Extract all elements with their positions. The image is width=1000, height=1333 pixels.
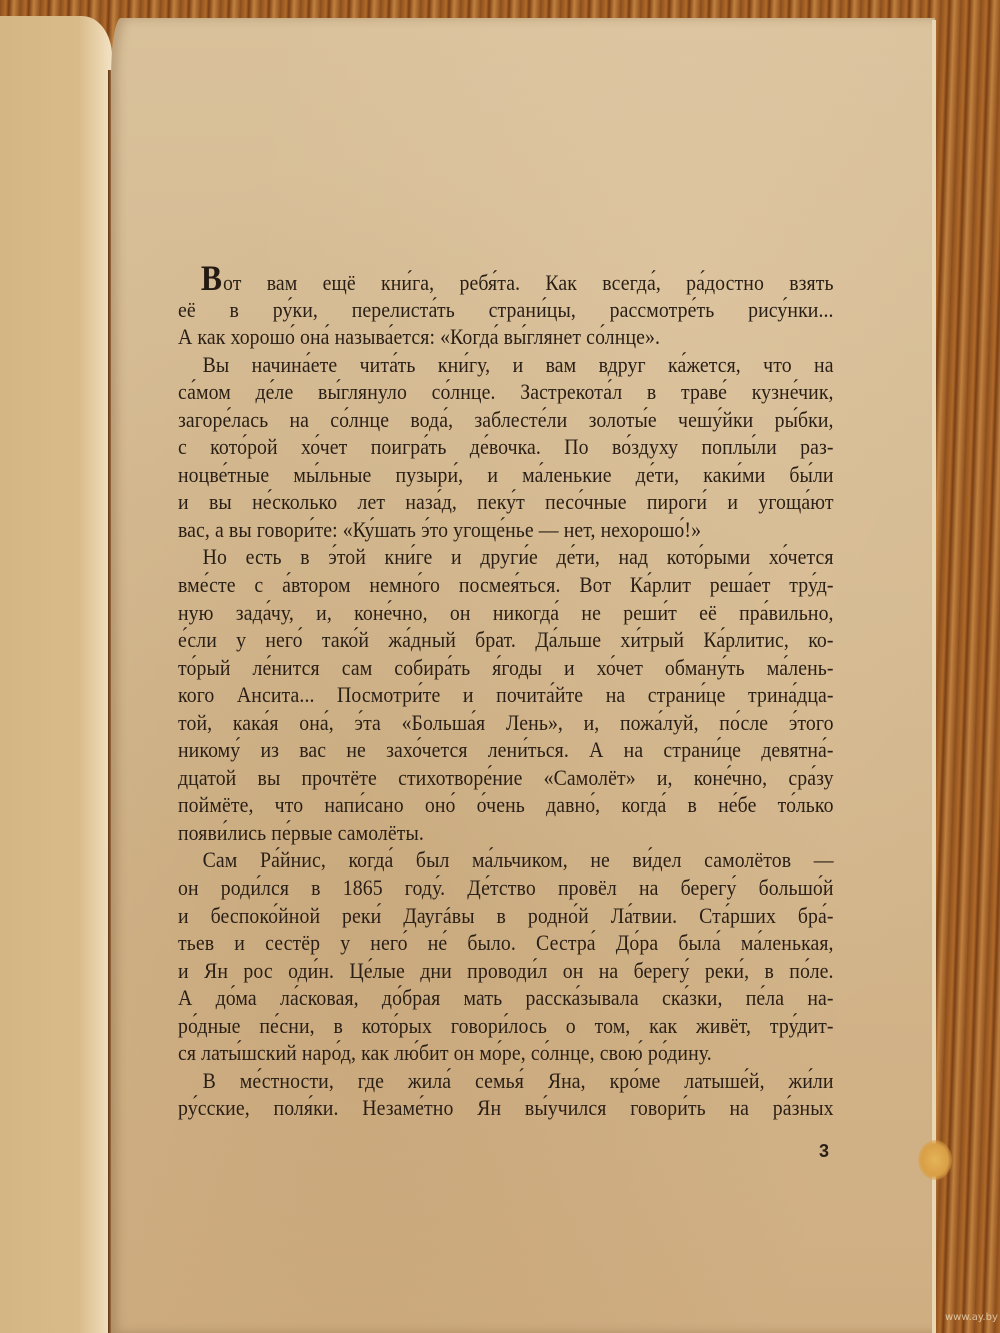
text-line: с кото́рой хо́чет поигра́ть де́вочка. По… — [178, 433, 834, 461]
text-line: В ме́стности, где жила́ семья́ Яна, кро́… — [178, 1067, 834, 1095]
text-line: А как хорошо́ она́ называ́ется: «Когда́ … — [178, 323, 834, 351]
text-line: он роди́лся в 1865 году́. Де́тство провё… — [178, 874, 834, 902]
text-line: ную зада́чу, и, коне́чно, он никогда́ не… — [178, 599, 834, 627]
text-line: Сам Ра́йнис, когда́ был ма́льчиком, не в… — [178, 846, 834, 874]
text-line: ро́дные пе́сни, в кото́рых говори́лось о… — [178, 1012, 834, 1040]
page-edge — [932, 20, 936, 1333]
text-line: её в ру́ки, перелиста́ть страни́цы, расс… — [178, 296, 834, 324]
page-number: 3 — [819, 1141, 829, 1162]
body-text: Вот вам ещё кни́га, ребя́та. Как всегда́… — [178, 268, 834, 1122]
watermark: www.ay.by — [945, 1312, 998, 1323]
text-line: кого Ансита... Посмотри́те и почита́йте … — [178, 681, 834, 709]
text-line: то́рый ле́нится сам собира́ть я́годы и х… — [178, 654, 834, 682]
text-line: загоре́лась на со́лнце вода́, заблесте́л… — [178, 406, 834, 434]
text-line: А до́ма ла́сковая, до́брая мать расска́з… — [178, 984, 834, 1012]
paper-stain — [918, 1140, 952, 1180]
text-line: появи́лись пе́рвые самолёты. — [178, 819, 834, 847]
text-line: Вы начина́ете чита́ть кни́гу, и вам вдру… — [178, 351, 834, 379]
text-line: е́сли у него́ тако́й жа́дный брат. Да́ль… — [178, 626, 834, 654]
left-page — [0, 16, 112, 1333]
text-line: ся латы́шский наро́д, как лю́бит он мо́р… — [178, 1039, 834, 1067]
text-line: са́мом де́ле вы́глянуло со́лнце. Застрек… — [178, 378, 834, 406]
text-line: той, кака́я она́, э́та «Больша́я Лень», … — [178, 709, 834, 737]
text-line: дцатой вы прочтёте стихотворе́ние «Самол… — [178, 764, 834, 792]
text-line: никому́ из вас не захо́чется лени́ться. … — [178, 736, 834, 764]
text-line: вас, а вы говори́те: «Ку́шать э́то угоще… — [178, 516, 834, 544]
text-line: и Ян рос оди́н. Це́лые дни проводи́л он … — [178, 957, 834, 985]
drop-cap: В — [201, 268, 222, 288]
text-line: ноцве́тные мы́льные пузыри́, и ма́леньки… — [178, 461, 834, 489]
text-line: Вот вам ещё кни́га, ребя́та. Как всегда́… — [178, 268, 834, 296]
text-line: и беспоко́йной реки́ Даугáвы в родно́й Л… — [178, 902, 834, 930]
text-line: вме́сте с а́втором немно́го посмея́ться.… — [178, 571, 834, 599]
text-line: тьев и сестёр у него́ не́ было. Сестра́ … — [178, 929, 834, 957]
text-line: поймёте, что напи́сано оно́ о́чень давно… — [178, 791, 834, 819]
text-line: и вы не́сколько лет наза́д, пеку́т песо́… — [178, 488, 834, 516]
text-line: ру́сские, поля́ки. Незаме́тно Ян вы́учил… — [178, 1094, 834, 1122]
text-line: Но есть в э́той кни́ге и други́е де́ти, … — [178, 543, 834, 571]
